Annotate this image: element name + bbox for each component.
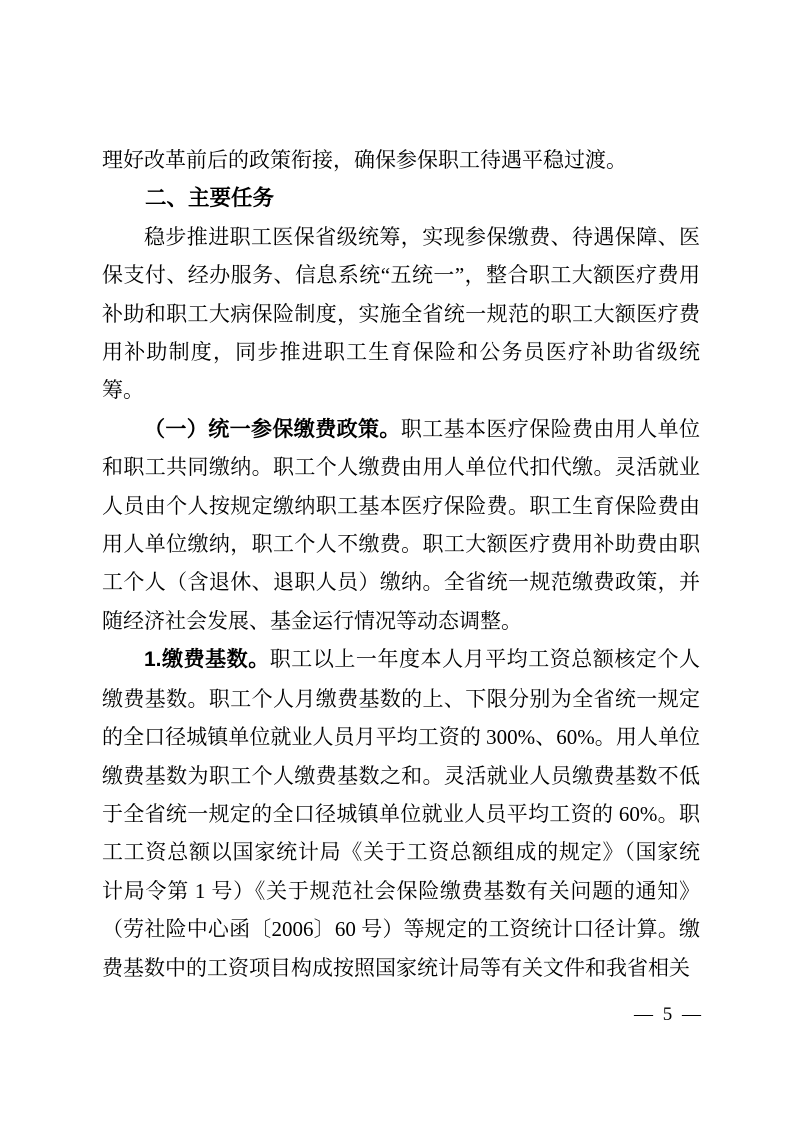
document-body: 理好改革前后的政策衔接，确保参保职工待遇平稳过渡。二、主要任务稳步推进职工医保省…	[102, 141, 700, 987]
paragraph: 1.缴费基数。职工以上一年度本人月平均工资总额核定个人缴费基数。职工个人月缴费基…	[102, 640, 700, 987]
document-page: 理好改革前后的政策衔接，确保参保职工待遇平稳过渡。二、主要任务稳步推进职工医保省…	[0, 0, 794, 1123]
section-heading: 二、主要任务	[102, 179, 700, 217]
paragraph: （一）统一参保缴费政策。职工基本医疗保险费由用人单位和职工共同缴纳。职工个人缴费…	[102, 410, 700, 640]
paragraph: 理好改革前后的政策衔接，确保参保职工待遇平稳过渡。	[102, 141, 700, 179]
paragraph-lead: （一）统一参保缴费政策。	[144, 417, 401, 441]
page-number: — 5 —	[634, 1004, 702, 1026]
paragraph-lead: 1.缴费基数。	[144, 648, 270, 671]
paragraph: 稳步推进职工医保省级统筹，实现参保缴费、待遇保障、医保支付、经办服务、信息系统“…	[102, 218, 700, 410]
